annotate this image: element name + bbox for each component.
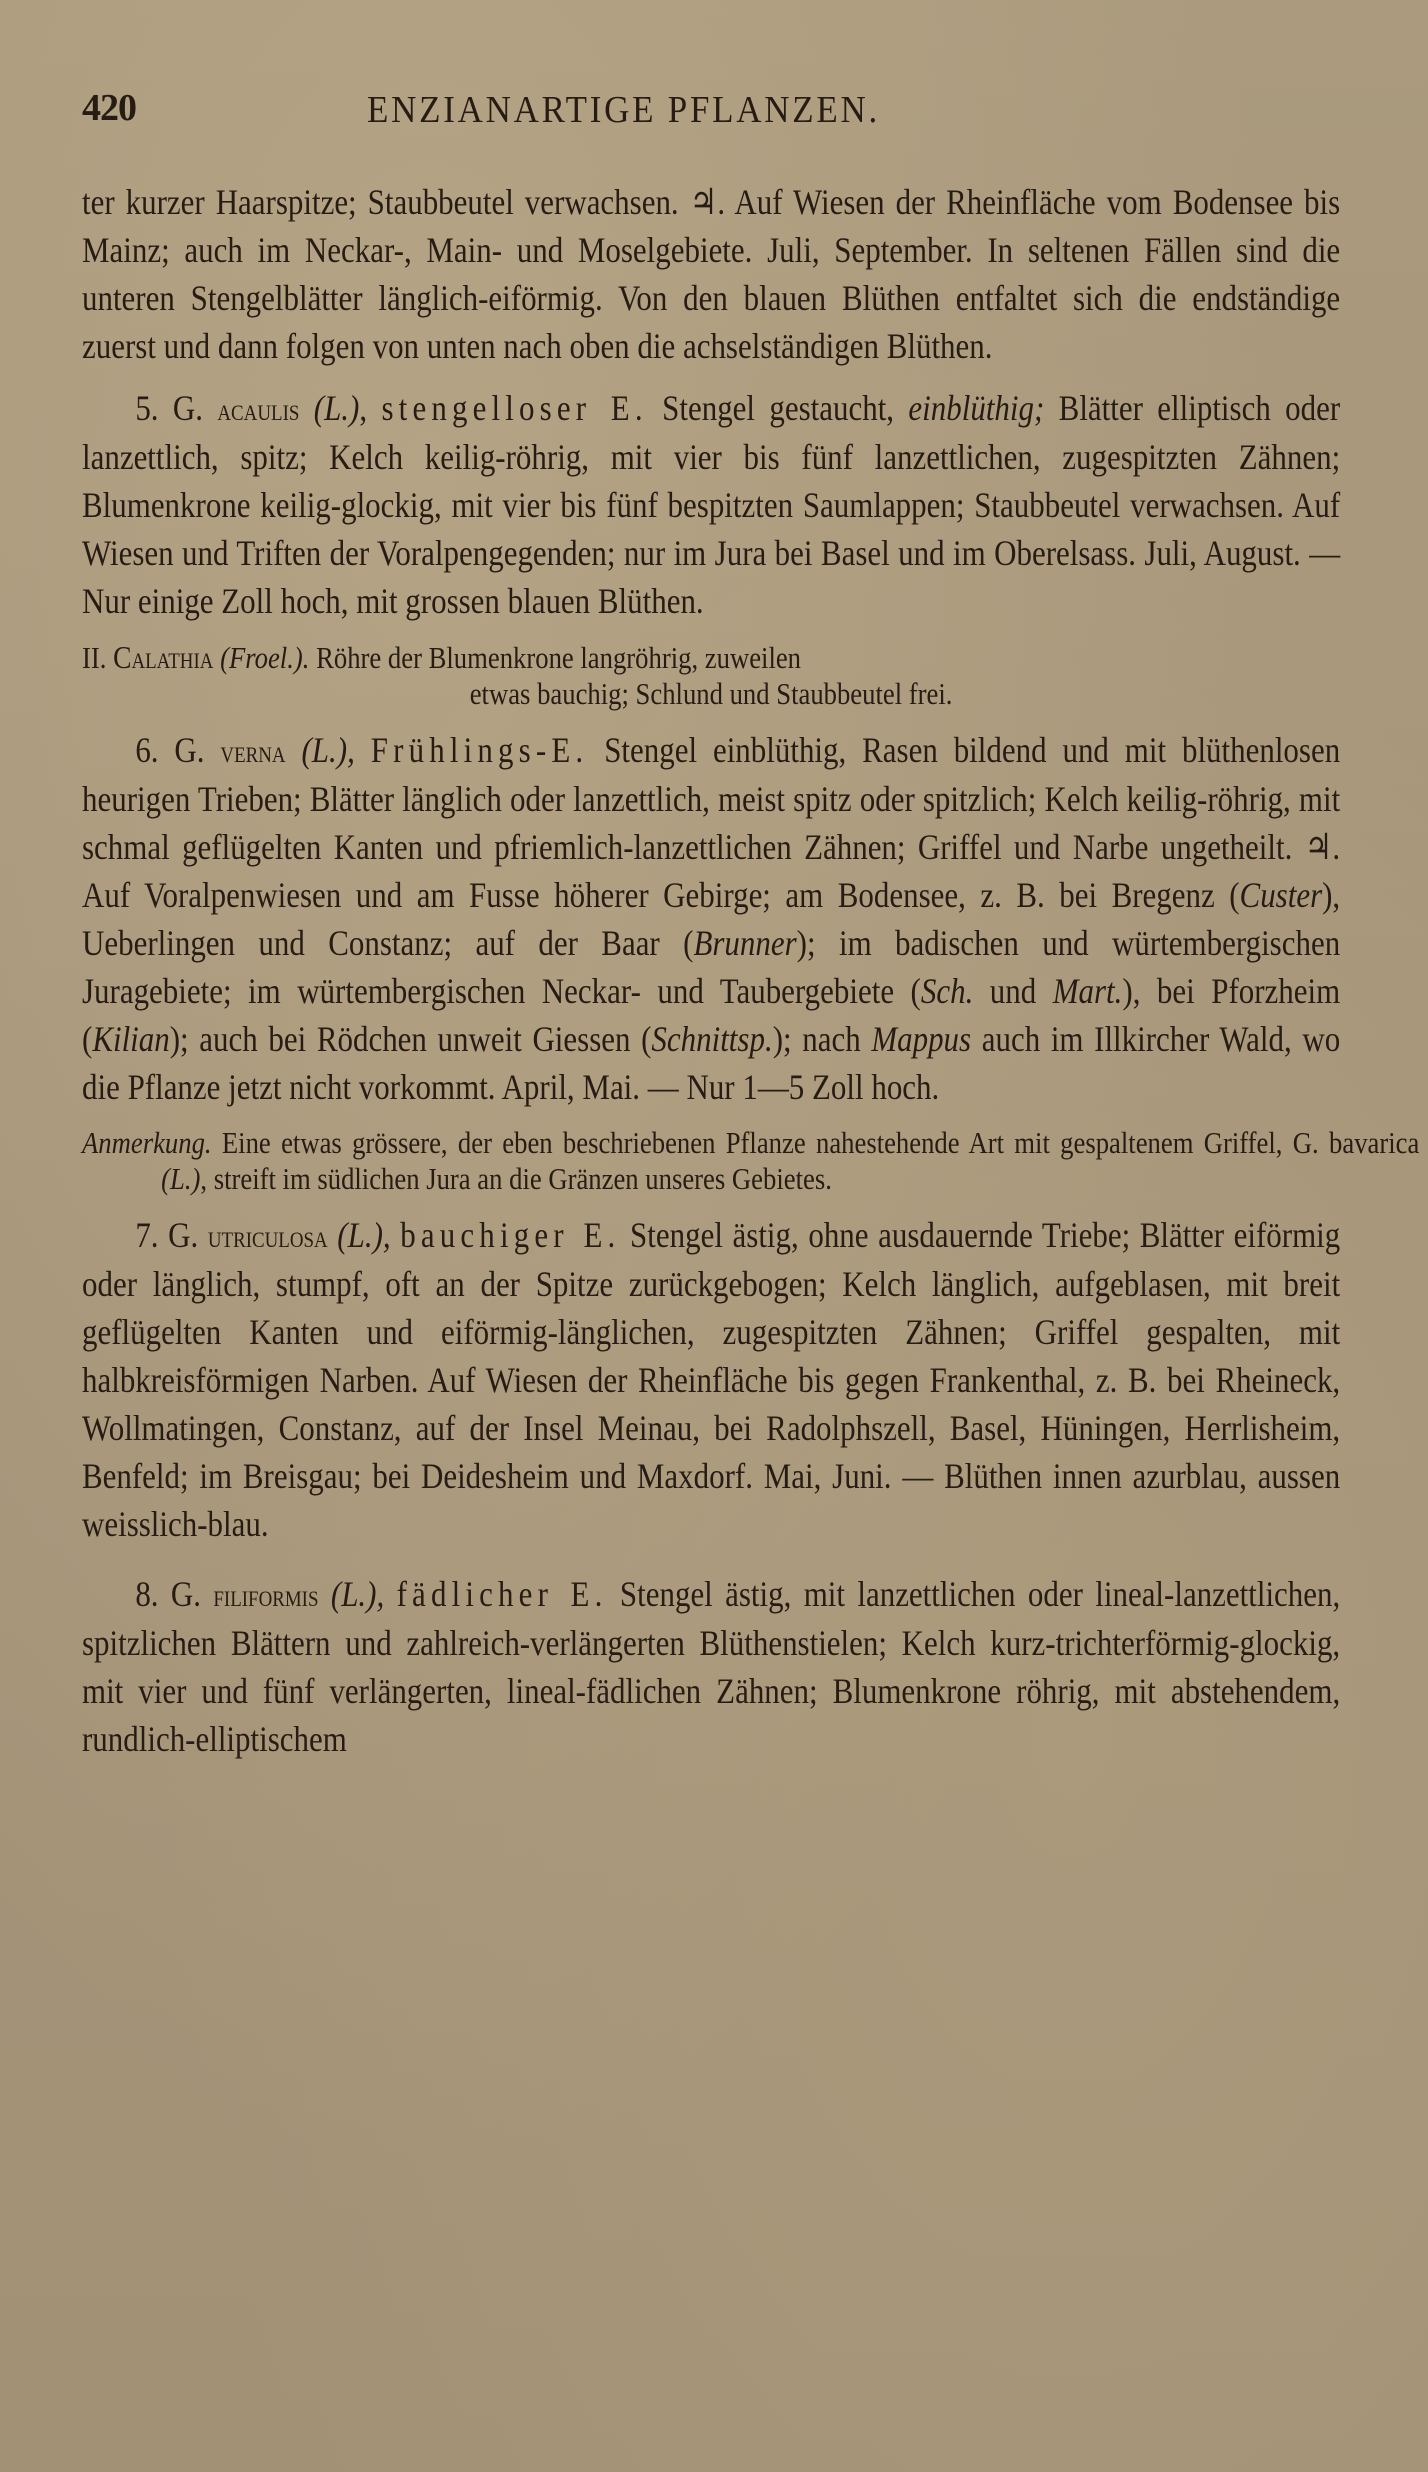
note-label: Anmerkung.	[82, 1125, 212, 1160]
author: (L.),	[302, 730, 355, 770]
species-entry-5: 5. G. acaulis (L.), stengelloser E. Sten…	[82, 384, 1340, 625]
species-entry-6: 6. G. verna (L.), Frühlings-E. Stengel e…	[82, 726, 1340, 1111]
author: (L.),	[331, 1574, 384, 1614]
paragraph-continuation: ter kurzer Haarspitze; Staubbeutel verwa…	[82, 178, 1340, 370]
common-name: fädlicher E.	[397, 1574, 608, 1614]
species-name: utriculosa	[208, 1218, 328, 1254]
species-entry-7: 7. G. utriculosa (L.), bauchiger E. Sten…	[82, 1211, 1340, 1548]
species-name: acaulis	[217, 391, 299, 427]
common-name: Frühlings-E.	[371, 730, 589, 770]
page-number: 420	[82, 86, 136, 130]
page-header: 420 ENZIANARTIGE PFLANZEN.	[82, 86, 1342, 136]
page-body: ter kurzer Haarspitze; Staubbeutel verwa…	[82, 178, 1340, 1763]
running-title: ENZIANARTIGE PFLANZEN.	[367, 88, 880, 132]
common-name: bauchiger E.	[400, 1215, 620, 1255]
species-entry-8: 8. G. filiformis (L.), fädlicher E. Sten…	[82, 1570, 1340, 1763]
species-name: filiformis	[213, 1577, 318, 1613]
author: (L.),	[337, 1215, 390, 1255]
common-name: stengelloser E.	[381, 388, 647, 428]
author: (L.)	[314, 388, 360, 428]
annotation-note: Anmerkung. Eine etwas grössere, der eben…	[82, 1125, 1419, 1197]
section-heading-calathia: II. Calathia (Froel.). Röhre der Blumenk…	[82, 639, 1340, 712]
species-name: verna	[220, 733, 285, 769]
